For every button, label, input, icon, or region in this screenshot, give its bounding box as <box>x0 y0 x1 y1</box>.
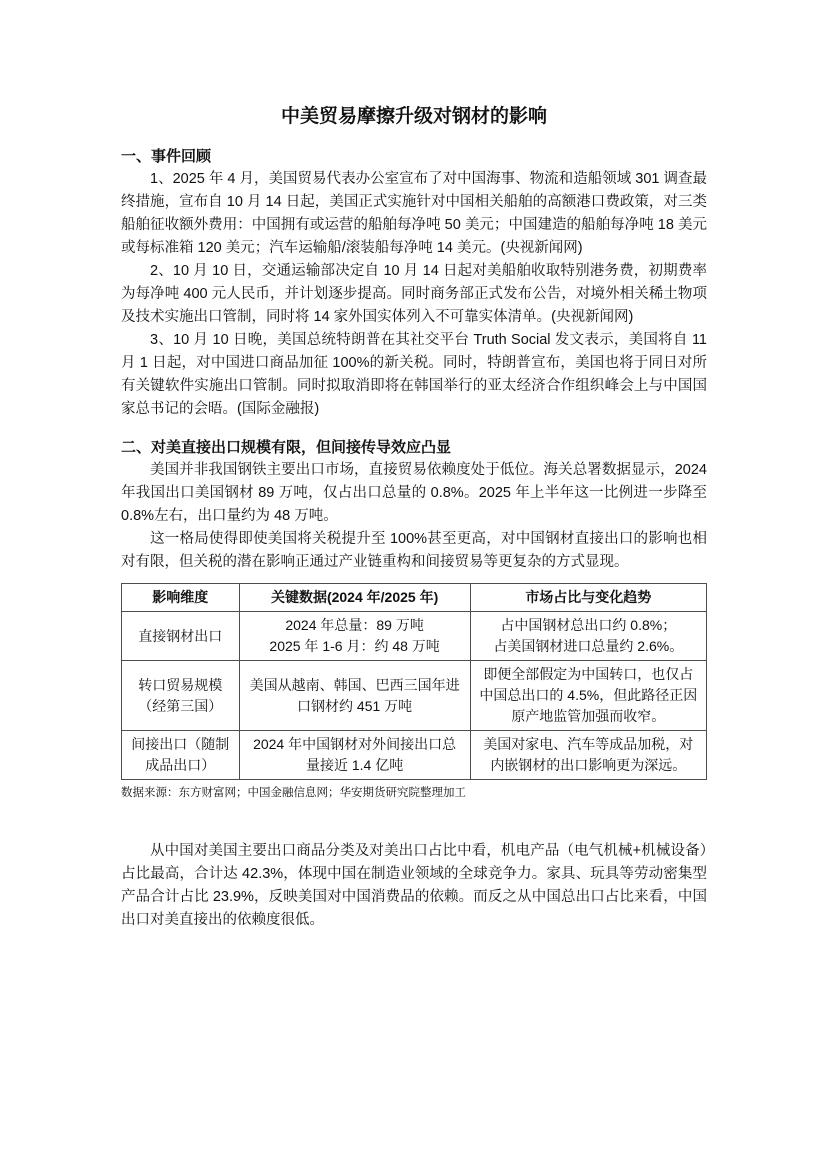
table-cell-dimension: 直接钢材出口 <box>122 612 240 661</box>
cell-line: 2025 年 1-6 月：约 48 万吨 <box>244 636 466 657</box>
section-2-paragraph-1: 美国并非我国钢铁主要出口市场，直接贸易依赖度处于低位。海关总署数据显示，2024… <box>121 459 707 528</box>
cell-line: 美国从越南、韩国、巴西三国年进 <box>244 675 466 696</box>
section-1-paragraph-2: 2、10 月 10 日，交通运输部决定自 10 月 14 日起对美船舶收取特别港… <box>121 260 707 329</box>
section-1-paragraph-1: 1、2025 年 4 月，美国贸易代表办公室宣布了对中国海事、物流和造船领域 3… <box>121 168 707 260</box>
cell-line: 美国对家电、汽车等成品加税，对 <box>475 734 702 755</box>
cell-line: 占中国钢材总出口约 0.8%； <box>475 615 702 636</box>
cell-line: 中国总出口的 4.5%，但此路径正因 <box>475 685 702 706</box>
cell-line: 成品出口） <box>126 755 235 776</box>
cell-line: 内嵌钢材的出口影响更为深远。 <box>475 755 702 776</box>
cell-line: 2024 年中国钢材对外间接出口总 <box>244 734 466 755</box>
cell-line: 占美国钢材进口总量约 2.6%。 <box>475 636 702 657</box>
section-event-review: 一、事件回顾 1、2025 年 4 月，美国贸易代表办公室宣布了对中国海事、物流… <box>121 145 707 421</box>
table-row: 转口贸易规模 （经第三国） 美国从越南、韩国、巴西三国年进 口钢材约 451 万… <box>122 661 707 731</box>
table-header-key-data: 关键数据(2024 年/2025 年) <box>239 584 470 612</box>
document-page: 中美贸易摩擦升级对钢材的影响 一、事件回顾 1、2025 年 4 月，美国贸易代… <box>0 0 826 1169</box>
table-row: 直接钢材出口 2024 年总量：89 万吨 2025 年 1-6 月：约 48 … <box>122 612 707 661</box>
cell-line: 即便全部假定为中国转口，也仅占 <box>475 664 702 685</box>
section-export-impact: 二、对美直接出口规模有限，但间接传导效应凸显 美国并非我国钢铁主要出口市场，直接… <box>121 436 707 574</box>
cell-line: 量接近 1.4 亿吨 <box>244 755 466 776</box>
table-cell-market-trend: 占中国钢材总出口约 0.8%； 占美国钢材进口总量约 2.6%。 <box>470 612 706 661</box>
cell-line: 2024 年总量：89 万吨 <box>244 615 466 636</box>
cell-line: （经第三国） <box>126 696 235 717</box>
cell-line: 直接钢材出口 <box>126 626 235 647</box>
table-cell-market-trend: 即便全部假定为中国转口，也仅占 中国总出口的 4.5%，但此路径正因 原产地监管… <box>470 661 706 731</box>
data-source-note: 数据来源：东方财富网；中国金融信息网；华安期货研究院整理加工 <box>121 785 707 801</box>
table-header-dimension: 影响维度 <box>122 584 240 612</box>
impact-table-header-row: 影响维度 关键数据(2024 年/2025 年) 市场占比与变化趋势 <box>122 584 707 612</box>
table-cell-key-data: 2024 年总量：89 万吨 2025 年 1-6 月：约 48 万吨 <box>239 612 470 661</box>
section-1-paragraph-3: 3、10 月 10 日晚，美国总统特朗普在其社交平台 Truth Social … <box>121 329 707 421</box>
table-cell-dimension: 转口贸易规模 （经第三国） <box>122 661 240 731</box>
section-2-paragraph-2: 这一格局使得即使美国将关税提升至 100%甚至更高，对中国钢材直接出口的影响也相… <box>121 528 707 574</box>
table-cell-dimension: 间接出口（随制 成品出口） <box>122 731 240 780</box>
section-2-heading: 二、对美直接出口规模有限，但间接传导效应凸显 <box>121 436 707 459</box>
closing-paragraph: 从中国对美国主要出口商品分类及对美出口占比中看，机电产品（电气机械+机械设备）占… <box>121 840 707 932</box>
table-cell-market-trend: 美国对家电、汽车等成品加税，对 内嵌钢材的出口影响更为深远。 <box>470 731 706 780</box>
cell-line: 原产地监管加强而收窄。 <box>475 706 702 727</box>
cell-line: 间接出口（随制 <box>126 734 235 755</box>
table-cell-key-data: 2024 年中国钢材对外间接出口总 量接近 1.4 亿吨 <box>239 731 470 780</box>
cell-line: 转口贸易规模 <box>126 675 235 696</box>
table-header-market-trend: 市场占比与变化趋势 <box>470 584 706 612</box>
cell-line: 口钢材约 451 万吨 <box>244 696 466 717</box>
table-cell-key-data: 美国从越南、韩国、巴西三国年进 口钢材约 451 万吨 <box>239 661 470 731</box>
table-row: 间接出口（随制 成品出口） 2024 年中国钢材对外间接出口总 量接近 1.4 … <box>122 731 707 780</box>
impact-table: 影响维度 关键数据(2024 年/2025 年) 市场占比与变化趋势 直接钢材出… <box>121 583 707 780</box>
page-title: 中美贸易摩擦升级对钢材的影响 <box>121 104 707 130</box>
section-1-heading: 一、事件回顾 <box>121 145 707 168</box>
